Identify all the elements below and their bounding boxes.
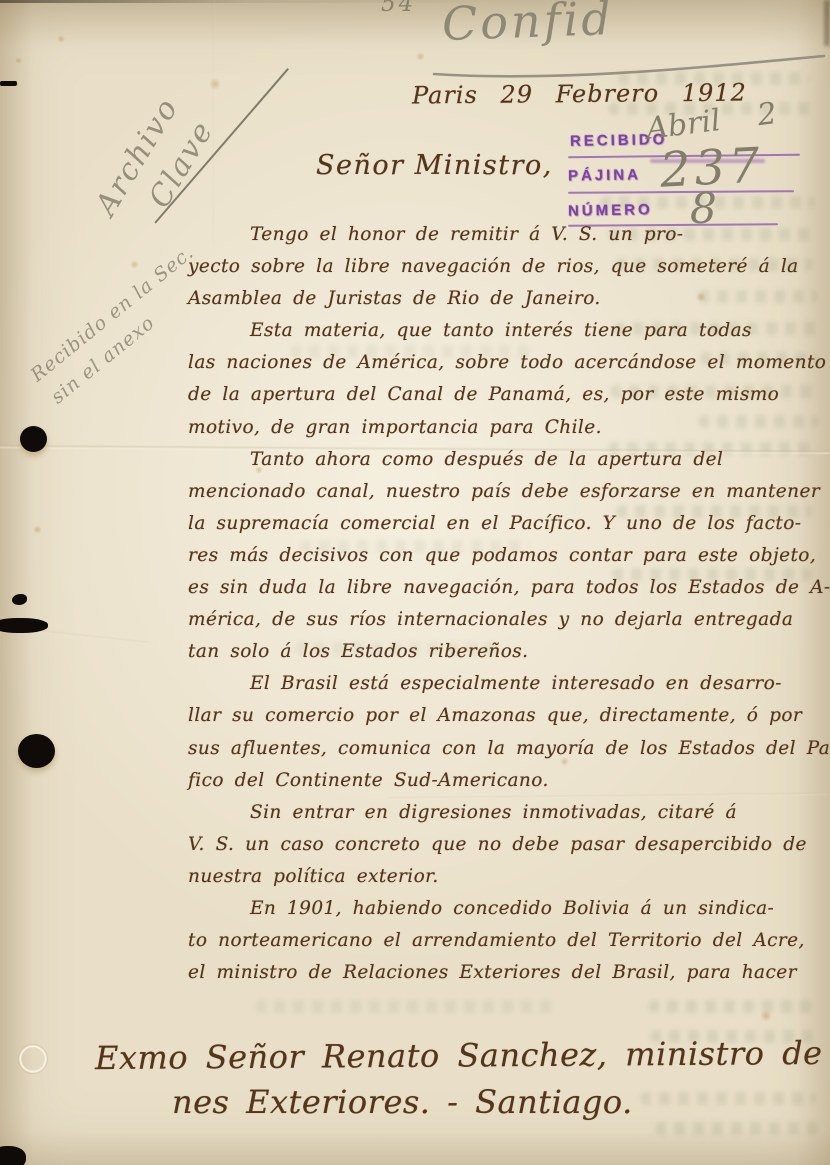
scanned-letter-page: 54 Confid Archivo Clave Recibido en la S… xyxy=(0,0,830,1165)
body-line: nuestra política exterior. xyxy=(188,861,803,893)
stain xyxy=(57,35,65,43)
body-line: Tanto ahora como después de la apertura … xyxy=(188,444,803,476)
letter-body: Tengo el honor de remitir á V. S. un pro… xyxy=(188,219,803,989)
body-line: es sin duda la libre navegación, para to… xyxy=(188,572,803,604)
edge-tear xyxy=(0,1146,26,1165)
punch-hole xyxy=(18,734,55,768)
bleedthrough-row xyxy=(648,1000,813,1013)
classification-note: Confid xyxy=(441,0,614,51)
body-line: yecto sobre la libre navegación de rios,… xyxy=(188,251,803,283)
embossed-seal xyxy=(18,1044,48,1074)
recipient-address-line1: Exmo Señor Renato Sanchez, ministro de R… xyxy=(95,1033,830,1077)
body-line: de la apertura del Canal de Panamá, es, … xyxy=(188,379,803,411)
stain xyxy=(15,57,22,64)
stain xyxy=(209,78,221,90)
edge-tear xyxy=(0,81,17,86)
punch-hole xyxy=(12,594,27,605)
stain xyxy=(33,525,42,534)
fold-crease xyxy=(213,0,215,245)
body-line: V. S. un caso concreto que no debe pasar… xyxy=(188,829,803,861)
scan-edge-shadow xyxy=(824,0,830,46)
stamp-pajina: PÁJINA xyxy=(568,166,641,184)
dateline: Paris 29 Febrero 1912 xyxy=(412,79,747,110)
body-line: llar su comercio por el Amazonas que, di… xyxy=(188,700,803,732)
body-line: El Brasil está especialmente interesado … xyxy=(188,668,803,700)
bleedthrough-row xyxy=(255,1000,555,1013)
bleedthrough-row xyxy=(655,1122,819,1135)
body-line: Asamblea de Juristas de Rio de Janeiro. xyxy=(188,283,803,315)
body-line: motivo, de gran importancia para Chile. xyxy=(188,412,803,444)
stain xyxy=(416,52,425,61)
body-line: to norteamericano el arrendamiento del T… xyxy=(188,925,803,957)
body-line: Esta materia, que tanto interés tiene pa… xyxy=(188,315,803,347)
bleedthrough-row xyxy=(640,1092,816,1105)
body-line: las naciones de América, sobre todo acer… xyxy=(188,347,803,379)
punch-hole xyxy=(20,426,47,452)
body-line: el ministro de Relaciones Exteriores del… xyxy=(188,957,803,989)
salutation: Señor Ministro, xyxy=(316,150,553,181)
body-line: res más decisivos con que podamos contar… xyxy=(188,540,803,572)
body-line: En 1901, habiendo concedido Bolivia á un… xyxy=(188,893,803,925)
body-line: mencionado canal, nuestro país debe esfo… xyxy=(188,476,803,508)
page-corner-number: 54 xyxy=(381,0,416,17)
stain xyxy=(760,1010,772,1022)
body-line: Tengo el honor de remitir á V. S. un pro… xyxy=(188,219,803,251)
body-line: fico del Continente Sud-Americano. xyxy=(188,765,803,797)
body-line: mérica, de sus ríos internacionales y no… xyxy=(188,604,803,636)
classification-underline xyxy=(430,50,828,82)
stain xyxy=(130,260,139,269)
recipient-address-line2: nes Exteriores. - Santiago. xyxy=(172,1083,633,1121)
punch-hole xyxy=(0,618,48,633)
stamp-numero: NÚMERO xyxy=(568,201,653,219)
body-line: Sin entrar en digresiones inmotivadas, c… xyxy=(188,797,803,829)
body-line: tan solo á los Estados ribereños. xyxy=(188,636,803,668)
body-line: sus afluentes, comunica con la mayoría d… xyxy=(188,733,803,765)
body-line: la supremacía comercial en el Pacífico. … xyxy=(188,508,803,540)
